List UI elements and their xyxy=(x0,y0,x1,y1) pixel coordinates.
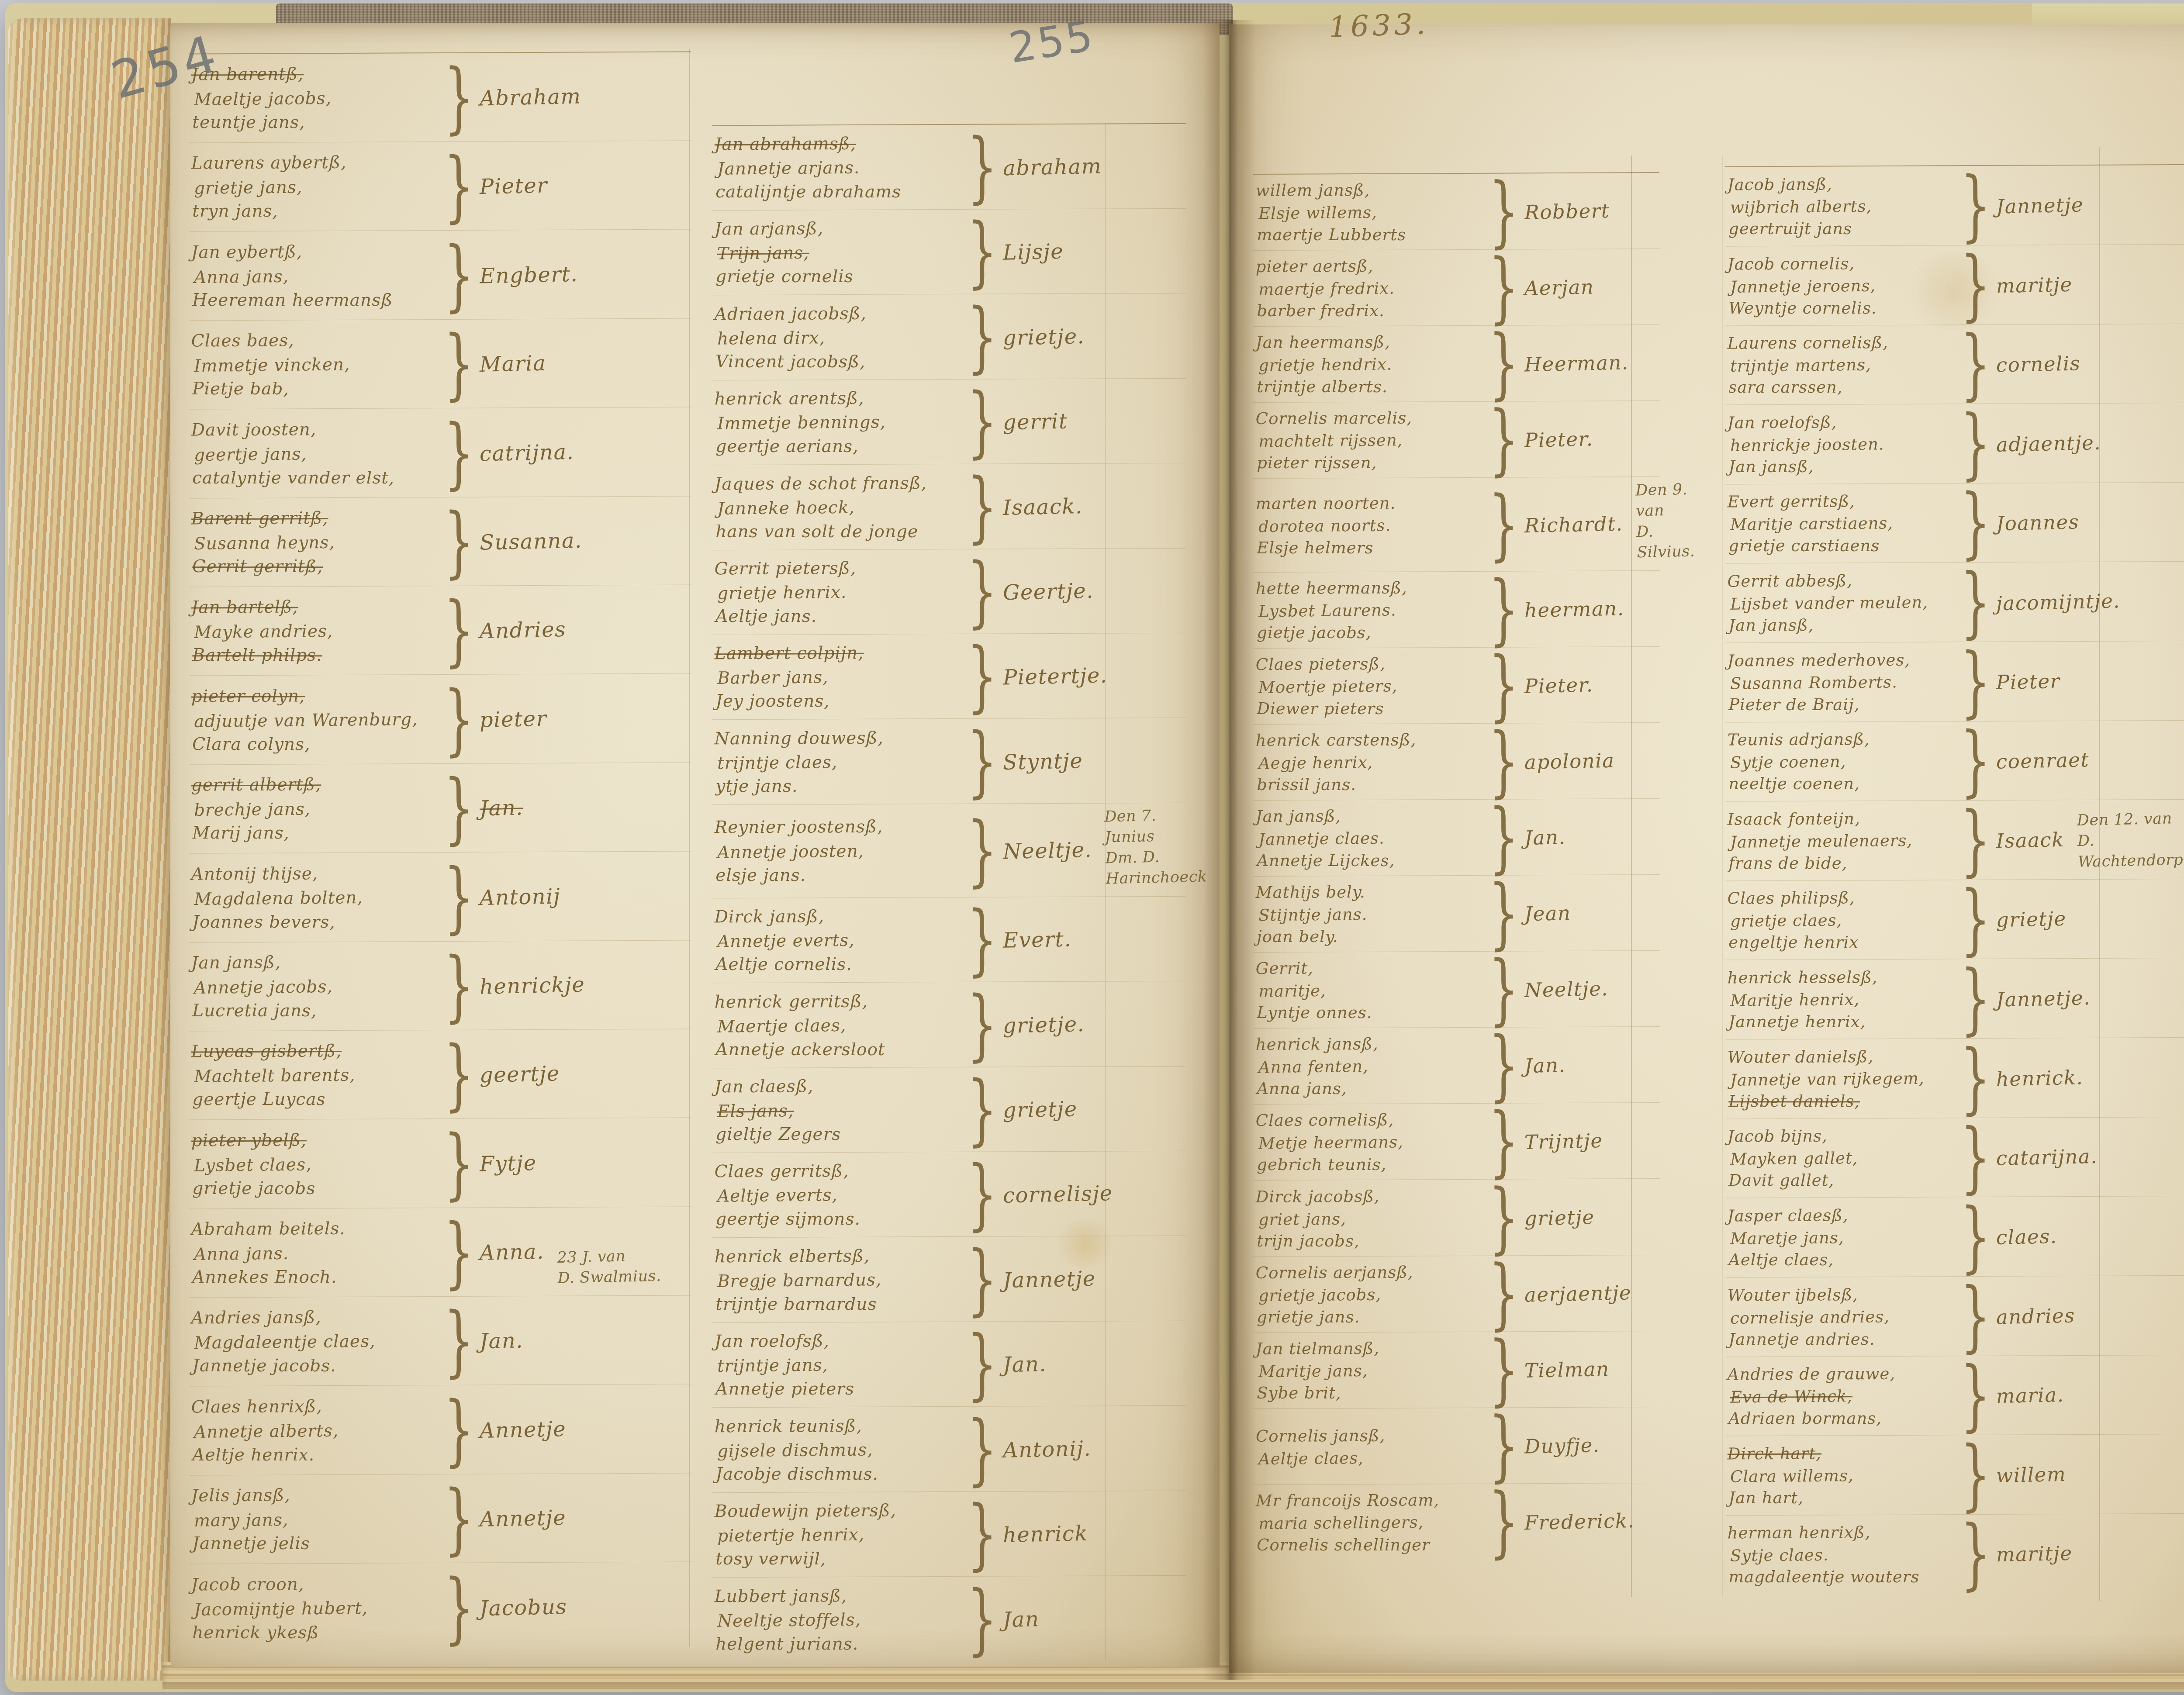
parent-or-witness-name: Sytje claes. xyxy=(1730,1543,1957,1567)
register-entry: Nanning douwesß,trijntje claes,ytje jans… xyxy=(712,718,1186,805)
brace-glyph: } xyxy=(1960,726,1990,796)
brace-glyph: } xyxy=(1960,964,1990,1034)
parent-or-witness-name: Jan heermansß, xyxy=(1256,331,1483,354)
child-name: Jannetje xyxy=(1996,193,2084,218)
child-name: Joannes xyxy=(1996,511,2080,535)
parent-or-witness-name: tosy verwijl, xyxy=(715,1547,962,1571)
register-entry: Andries de grauwe,Eva de Winck,Adriaen b… xyxy=(1725,1355,2184,1436)
parents-and-witnesses: Wouter ijbelsß,cornelisje andries,Jannet… xyxy=(1728,1283,1955,1351)
brace-glyph: } xyxy=(967,302,997,372)
child-name: Heerman. xyxy=(1524,351,1629,376)
child-name: Lijsje xyxy=(1003,239,1064,265)
child-name: Antonij xyxy=(480,884,561,910)
register-entry: Jan claesß,Els jans,gieltje Zegers}griet… xyxy=(712,1067,1186,1153)
brace-glyph: } xyxy=(1489,1259,1519,1329)
parent-or-witness-name: Maeltje jacobs, xyxy=(194,85,441,112)
parent-or-witness-name: Elsje helmers xyxy=(1257,536,1484,559)
parents-and-witnesses: Luycas gisbertß,Machtelt barents,geertje… xyxy=(191,1039,439,1112)
parent-or-witness-name: Claes pietersß, xyxy=(1256,652,1483,675)
parent-or-witness-name: henrick gerritsß, xyxy=(715,989,961,1014)
parent-or-witness-name: Jasper claesß, xyxy=(1728,1204,1955,1227)
child-name: Pieter xyxy=(1996,669,2061,694)
parent-or-witness-name: Maritje carstiaens, xyxy=(1730,511,1957,536)
parent-or-witness-name: maritje, xyxy=(1258,978,1486,1003)
parent-or-witness-name: ytje jans. xyxy=(715,774,962,798)
parent-or-witness-name: Nanning douwesß, xyxy=(715,725,961,751)
register-entry: Cornelis jansß,Aeltje claes,}Duyfje. xyxy=(1253,1407,1660,1485)
brace-glyph: } xyxy=(444,951,474,1021)
register-entry: Gerrit,maritje,Lyntje onnes.}Neeltje. xyxy=(1253,951,1660,1029)
parents-and-witnesses: Jacob cornelis,Jannetje jeroens,Weyntje … xyxy=(1728,252,1955,320)
parent-or-witness-name: Gerrit pietersß, xyxy=(715,556,961,581)
brace-glyph: } xyxy=(967,472,997,542)
parents-and-witnesses: Barent gerritß,Susanna heyns,Gerrit gerr… xyxy=(191,506,439,580)
brace-glyph: } xyxy=(967,642,997,712)
register-entry: Laurens aybertß,grietje jans,tryn jans,}… xyxy=(189,141,691,232)
child-name: grietje. xyxy=(1003,324,1085,350)
parent-or-witness-name: Magdaleentje claes, xyxy=(194,1329,441,1355)
child-name: Frederick. xyxy=(1524,1509,1635,1534)
parent-or-witness-name: Jey joostens, xyxy=(715,690,962,714)
brace-glyph: } xyxy=(967,816,997,886)
register-entry: Jasper claesß,Maretje jans,Aeltje claes,… xyxy=(1725,1196,2184,1277)
child-name: Jan. xyxy=(1524,825,1566,849)
register-entry: Andries jansß,Magdaleentje claes,Jannetj… xyxy=(189,1296,691,1387)
parent-or-witness-name: Jannetje andries. xyxy=(1728,1328,1956,1350)
parents-and-witnesses: pieter colyn,adjuutje van Warenburg,Clar… xyxy=(191,684,439,757)
register-entry: Abraham beitels.Anna jans.Annekes Enoch.… xyxy=(189,1207,691,1298)
parent-or-witness-name: henrick ykesß xyxy=(192,1621,439,1645)
child-name: abraham xyxy=(1003,154,1102,180)
brace-glyph: } xyxy=(444,685,474,755)
register-column: Jan barentß,Maeltje jacobs,teuntje jans,… xyxy=(189,52,691,1652)
child-name: maritje xyxy=(1996,273,2073,297)
child-name: Jan. xyxy=(480,1329,524,1354)
parent-or-witness-name: Dirck jacobsß, xyxy=(1256,1184,1483,1208)
parents-and-witnesses: Gerrit pietersß,grietje henrix.Aeltje ja… xyxy=(715,556,962,630)
parents-and-witnesses: Wouter danielsß,Jannetje van rijkegem,Li… xyxy=(1728,1045,1955,1113)
parents-and-witnesses: Boudewijn pietersß,pietertje henrix,tosy… xyxy=(715,1498,962,1572)
register-entry: henrick arentsß,Immetje bennings,geertje… xyxy=(712,379,1186,466)
register-entry: pieter aertsß,maertje fredrix.barber fre… xyxy=(1253,249,1660,327)
register-entry: Jan arjansß,Trijn jans,grietje cornelis}… xyxy=(712,209,1186,296)
parent-or-witness-name: Diewer pieters xyxy=(1257,697,1484,720)
parents-and-witnesses: Gerrit abbesß,Lijsbet vander meulen,Jan … xyxy=(1728,569,1955,637)
brace-glyph: } xyxy=(1489,879,1519,949)
register-entry: henrick jansß,Anna fenten,Anna jans,}Jan… xyxy=(1253,1027,1660,1105)
parents-and-witnesses: Jaques de schot fransß,Janneke hoeck,han… xyxy=(715,471,962,545)
parent-or-witness-name: Annetje Lijckes, xyxy=(1257,849,1484,872)
register-column: Jan abrahamsß,Jannetje arjans.catalijntj… xyxy=(712,124,1186,1661)
parents-and-witnesses: Nanning douwesß,trijntje claes,ytje jans… xyxy=(715,725,962,799)
photograph-of-register: Jan barentß,Maeltje jacobs,teuntje jans,… xyxy=(0,0,2184,1695)
brace-glyph: } xyxy=(1960,1123,1990,1193)
register-entry: Claes cornelisß,Metje heermans,gebrich t… xyxy=(1253,1103,1660,1181)
parent-or-witness-name: grietje jans, xyxy=(194,174,441,200)
child-name: Robbert xyxy=(1524,199,1610,224)
child-name: Neeltje. xyxy=(1003,838,1092,864)
child-name: Susanna. xyxy=(480,528,583,555)
parent-or-witness-name: Cornelis schellinger xyxy=(1257,1534,1484,1556)
child-name: grietje xyxy=(1524,1205,1595,1230)
register-entry: marten noorten.dorotea noorts.Elsje helm… xyxy=(1253,477,1660,572)
parent-or-witness-name: trijn jacobs, xyxy=(1257,1229,1484,1252)
brace-glyph: } xyxy=(967,557,997,627)
parent-or-witness-name: Claes henrixß, xyxy=(191,1394,438,1419)
register-entry: Lambert colpijn,Barber jans,Jey joostens… xyxy=(712,633,1186,720)
parent-or-witness-name: Andries jansß, xyxy=(191,1305,438,1331)
parent-or-witness-name: henrick hesselsß, xyxy=(1728,966,1955,989)
parent-or-witness-name: Lysbet Laurens. xyxy=(1258,598,1486,622)
brace-glyph: } xyxy=(1960,1043,1990,1113)
brace-glyph: } xyxy=(967,990,997,1060)
parents-and-witnesses: willem jansß,Elsje willems,maertje Lubbe… xyxy=(1256,179,1483,246)
margin-date-note: Den 7. Junius Dm. D. Harinchoeck xyxy=(1104,805,1207,896)
parent-or-witness-name: catalijntje abrahams xyxy=(715,180,962,204)
parent-or-witness-name: cornelisje andries, xyxy=(1730,1305,1957,1329)
brace-glyph: } xyxy=(1960,647,1990,717)
parent-or-witness-name: Aeltje claes, xyxy=(1258,1446,1486,1470)
parent-or-witness-name: Maritje jans, xyxy=(1258,1358,1486,1383)
parent-or-witness-name: Luycas gisbertß, xyxy=(191,1039,438,1064)
parents-and-witnesses: gerrit albertß,brechje jans,Marij jans, xyxy=(191,772,439,846)
parent-or-witness-name: tryn jans, xyxy=(192,200,439,224)
parent-or-witness-name: Maretje jans, xyxy=(1730,1226,1957,1250)
register-entry: henrick gerritsß,Maertje claes,Annetje a… xyxy=(712,981,1186,1068)
parent-or-witness-name: geertje Luycas xyxy=(192,1087,439,1112)
brace-glyph: } xyxy=(1960,409,1990,479)
parent-or-witness-name: pieter rijssen, xyxy=(1257,452,1484,474)
parents-and-witnesses: henrick jansß,Anna fenten,Anna jans, xyxy=(1256,1032,1483,1100)
brace-glyph: } xyxy=(967,1160,997,1230)
brace-glyph: } xyxy=(1960,1440,1990,1510)
parent-or-witness-name: Anna fenten, xyxy=(1258,1054,1486,1079)
brace-glyph: } xyxy=(1489,1031,1519,1101)
parent-or-witness-name: henrickje joosten. xyxy=(1730,432,1957,456)
parents-and-witnesses: Andries de grauwe,Eva de Winck,Adriaen b… xyxy=(1728,1362,1955,1430)
parent-or-witness-name: Wouter ijbelsß, xyxy=(1728,1283,1955,1306)
year-heading: 1633. xyxy=(1328,7,1430,44)
child-name: grietje xyxy=(1003,1097,1078,1123)
register-entry: Jan abrahamsß,Jannetje arjans.catalijntj… xyxy=(712,123,1186,211)
brace-glyph: } xyxy=(967,1500,997,1570)
parents-and-witnesses: Jan bartelß,Mayke andries,Bartelt philps… xyxy=(191,594,439,668)
brace-glyph: } xyxy=(1960,330,1990,400)
parent-or-witness-name: Isaack fonteijn, xyxy=(1728,807,1955,830)
left-page-edges xyxy=(8,18,171,1681)
child-name: Anna. xyxy=(480,1239,545,1265)
register-entry: Teunis adrjansß,Sytje coenen,neeltje coe… xyxy=(1725,720,2184,802)
brace-glyph: } xyxy=(1489,490,1519,560)
parents-and-witnesses: Cornelis jansß,Aeltje claes, xyxy=(1256,1424,1483,1469)
parent-or-witness-name: Jan claesß, xyxy=(715,1074,961,1099)
brace-glyph: } xyxy=(1960,1361,1990,1431)
child-name: Jan xyxy=(1003,1607,1040,1632)
register-entry: Jan eybertß,Anna jans,Heereman heermansß… xyxy=(189,230,691,321)
register-entry: Gerrit pietersß,grietje henrix.Aeltje ja… xyxy=(712,549,1186,635)
register-column: willem jansß,Elsje willems,maertje Lubbe… xyxy=(1253,173,1659,1560)
register-entry: Joannes mederhoves,Susanna Romberts.Piet… xyxy=(1725,641,2184,722)
parent-or-witness-name: geertruijt jans xyxy=(1728,217,1956,240)
brace-glyph: } xyxy=(1960,171,1990,241)
parent-or-witness-name: Jaques de schot fransß, xyxy=(715,471,961,496)
brace-glyph: } xyxy=(444,1573,474,1643)
parent-or-witness-name: gieltje Zegers xyxy=(715,1123,962,1147)
parent-or-witness-name: Annekes Enoch. xyxy=(192,1265,439,1289)
parents-and-witnesses: Jan jansß,Annetje jacobs,Lucretia jans, xyxy=(191,950,439,1024)
register-entry: henrick elbertsß,Bregje barnardus,trijnt… xyxy=(712,1236,1186,1323)
brace-glyph: } xyxy=(1960,250,1990,320)
parents-and-witnesses: Jan eybertß,Anna jans,Heereman heermansß xyxy=(191,239,439,313)
register-entry: willem jansß,Elsje willems,maertje Lubbe… xyxy=(1253,172,1660,251)
register-entry: Claes baes,Immetje vincken,Pietje bab,}M… xyxy=(189,319,691,410)
parent-or-witness-name: Anna jans. xyxy=(194,1240,441,1267)
parent-or-witness-name: frans de bide, xyxy=(1728,852,1956,874)
brace-glyph: } xyxy=(444,152,474,222)
child-name: henrick xyxy=(1003,1521,1089,1547)
parent-or-witness-name: Bartelt philps. xyxy=(192,643,439,667)
parent-or-witness-name: Sybe brit, xyxy=(1257,1382,1484,1404)
parent-or-witness-name: Annetje ackersloot xyxy=(715,1038,962,1062)
parent-or-witness-name: Jan abrahamsß, xyxy=(715,131,961,157)
parent-or-witness-name: Els jans, xyxy=(717,1097,964,1124)
register-entry: Reynier joostensß,Annetje joosten,elsje … xyxy=(712,803,1186,899)
parent-or-witness-name: Lubbert jansß, xyxy=(715,1583,961,1609)
parent-or-witness-name: trijntje martens, xyxy=(1730,353,1957,377)
parents-and-witnesses: Cornelis marcelis,machtelt rijssen,piete… xyxy=(1256,407,1483,474)
brace-glyph: } xyxy=(444,596,474,666)
parent-or-witness-name: Davit gallet, xyxy=(1728,1170,1956,1192)
child-name: maritje xyxy=(1996,1542,2073,1567)
parent-or-witness-name: pieter aertsß, xyxy=(1256,255,1483,278)
parent-or-witness-name: Cornelis aerjansß, xyxy=(1256,1260,1483,1284)
right-page: willem jansß,Elsje willems,maertje Lubbe… xyxy=(1229,24,2184,1673)
parents-and-witnesses: Joannes mederhoves,Susanna Romberts.Piet… xyxy=(1728,649,1955,716)
parent-or-witness-name: grietje carstiaens xyxy=(1728,535,1956,557)
register-entry: Jacob croon,Jacomijntje hubert,henrick y… xyxy=(189,1562,691,1653)
register-entry: herman henrixß,Sytje claes.magdaleentje … xyxy=(1725,1513,2184,1595)
brace-glyph: } xyxy=(1489,329,1519,399)
parent-or-witness-name: grietje jacobs xyxy=(192,1177,439,1201)
register-entry: Dirck hart,Clara willems,Jan hart,}wille… xyxy=(1725,1434,2184,1515)
parent-or-witness-name: magdaleentje wouters xyxy=(1728,1566,1956,1588)
child-name: Duyfje. xyxy=(1524,1433,1600,1458)
register-entry: Jan jansß,Annetje jacobs,Lucretia jans,}… xyxy=(189,940,691,1031)
parent-or-witness-name: adjuutje van Warenburg, xyxy=(194,707,441,734)
register-entry: Barent gerritß,Susanna heyns,Gerrit gerr… xyxy=(189,496,691,587)
parent-or-witness-name: Susanna Romberts. xyxy=(1730,670,1957,694)
brace-glyph: } xyxy=(1960,1202,1990,1272)
child-name: cornelis xyxy=(1996,352,2081,376)
parent-or-witness-name: Moertje pieters, xyxy=(1258,674,1486,698)
register-entry: Jan roelofsß,trijntje jans,Annetje piete… xyxy=(712,1321,1186,1408)
parent-or-witness-name: Jacob bijns, xyxy=(1728,1124,1955,1147)
parent-or-witness-name: Jannetje meulenaers, xyxy=(1730,829,1957,853)
brace-glyph: } xyxy=(1489,1411,1519,1481)
parent-or-witness-name: Jelis jansß, xyxy=(191,1483,438,1508)
brace-glyph: } xyxy=(444,1129,474,1199)
child-name: Jan. xyxy=(1524,1053,1566,1077)
child-name: Tielman xyxy=(1524,1357,1610,1382)
parents-and-witnesses: marten noorten.dorotea noorts.Elsje helm… xyxy=(1256,491,1483,559)
parent-or-witness-name: grietje jacobs, xyxy=(1258,1282,1486,1307)
parent-or-witness-name: grietje henrix. xyxy=(717,579,964,606)
register-entry: Luycas gisbertß,Machtelt barents,geertje… xyxy=(189,1029,691,1120)
parent-or-witness-name: Vincent jacobsß, xyxy=(715,350,962,374)
child-name: maria. xyxy=(1996,1383,2065,1408)
brace-glyph: } xyxy=(444,1484,474,1554)
parent-or-witness-name: Annetje alberts, xyxy=(194,1418,441,1444)
parent-or-witness-name: Jannetje jelis xyxy=(192,1532,439,1556)
register-entry: Jan heermansß,grietje hendrix.trijntje a… xyxy=(1253,325,1660,403)
parents-and-witnesses: Jan abrahamsß,Jannetje arjans.catalijntj… xyxy=(715,131,962,205)
parent-or-witness-name: Dirck jansß, xyxy=(715,904,961,929)
parent-or-witness-name: Gerrit gerritß, xyxy=(192,555,439,579)
register-entry: Wouter danielsß,Jannetje van rijkegem,Li… xyxy=(1725,1037,2184,1119)
parent-or-witness-name: Jan bartelß, xyxy=(191,594,438,620)
register-entry: Mathijs bely.Stijntje jans.joan bely.}Je… xyxy=(1253,875,1660,953)
parent-or-witness-name: Andries de grauwe, xyxy=(1728,1362,1955,1385)
parent-or-witness-name: gietje jacobs, xyxy=(1257,621,1484,643)
parent-or-witness-name: Jan jansß, xyxy=(191,950,438,975)
register-entry: Gerrit abbesß,Lijsbet vander meulen,Jan … xyxy=(1725,562,2184,643)
parent-or-witness-name: Aeltje everts, xyxy=(717,1182,964,1209)
register-entry: hette heermansß,Lysbet Laurens.gietje ja… xyxy=(1253,570,1660,648)
brace-glyph: } xyxy=(444,329,474,399)
child-name: claes. xyxy=(1996,1225,2058,1249)
child-name: Fytje xyxy=(480,1151,537,1177)
register-entry: henrick teunisß,gijsele dischmus,Jacobje… xyxy=(712,1406,1186,1493)
parents-and-witnesses: Lubbert jansß,Neeltje stoffels,helgent j… xyxy=(715,1583,962,1657)
parent-or-witness-name: Laurens cornelisß, xyxy=(1728,331,1955,354)
child-name: Richardt. xyxy=(1524,512,1624,537)
parent-or-witness-name: Anna jans, xyxy=(194,263,441,290)
child-name: Annetje xyxy=(480,1505,567,1532)
parent-or-witness-name: Aeltje henrix. xyxy=(192,1443,439,1467)
parent-or-witness-name: Heereman heermansß xyxy=(192,288,439,312)
parents-and-witnesses: Laurens aybertß,grietje jans,tryn jans, xyxy=(191,151,439,224)
register-entry: Lubbert jansß,Neeltje stoffels,helgent j… xyxy=(712,1576,1186,1662)
parent-or-witness-name: Jannetje henrix, xyxy=(1728,1011,1956,1033)
parents-and-witnesses: Laurens cornelisß,trijntje martens,sara … xyxy=(1728,331,1955,399)
parent-or-witness-name: Stijntje jans. xyxy=(1258,902,1486,926)
parent-or-witness-name: Laurens aybertß, xyxy=(191,151,438,176)
parents-and-witnesses: henrick teunisß,gijsele dischmus,Jacobje… xyxy=(715,1413,962,1487)
brace-glyph: } xyxy=(1489,177,1519,247)
brace-glyph: } xyxy=(967,1585,997,1654)
child-name: Isaack. xyxy=(1003,494,1083,520)
brace-glyph: } xyxy=(1489,955,1519,1025)
parent-or-witness-name: grietje claes, xyxy=(1730,908,1957,932)
parent-or-witness-name: Weyntje cornelis. xyxy=(1728,297,1956,319)
parents-and-witnesses: Claes baes,Immetje vincken,Pietje bab, xyxy=(191,328,439,402)
parent-or-witness-name: griet jans, xyxy=(1258,1206,1486,1231)
parent-or-witness-name: gijsele dischmus, xyxy=(717,1437,964,1464)
brace-glyph: } xyxy=(1960,885,1990,955)
parent-or-witness-name: Joannes mederhoves, xyxy=(1728,649,1955,672)
parents-and-witnesses: Lambert colpijn,Barber jans,Jey joostens… xyxy=(715,641,962,715)
parent-or-witness-name: trijntje alberts. xyxy=(1257,376,1484,398)
child-name: Isaack xyxy=(1996,828,2065,852)
child-name: Abraham xyxy=(480,84,582,111)
parent-or-witness-name: Eva de Winck, xyxy=(1730,1384,1957,1408)
brace-glyph: } xyxy=(967,1415,997,1484)
parent-or-witness-name: Jannetje van rijkegem, xyxy=(1730,1067,1957,1091)
parents-and-witnesses: Jelis jansß,mary jans,Jannetje jelis xyxy=(191,1483,439,1557)
parent-or-witness-name: Clara colyns, xyxy=(192,732,439,756)
register-entry: Jacob jansß,wijbrich alberts,geertruijt … xyxy=(1725,164,2184,246)
parent-or-witness-name: henrick jansß, xyxy=(1256,1032,1483,1056)
register-entry: Jan jansß,Jannetje claes.Annetje Lijckes… xyxy=(1253,799,1660,877)
parent-or-witness-name: joan bely. xyxy=(1257,925,1484,948)
parents-and-witnesses: Dirck hart,Clara willems,Jan hart, xyxy=(1728,1442,1955,1509)
parent-or-witness-name: Reynier joostensß, xyxy=(715,815,961,840)
child-name: Pieter. xyxy=(1524,428,1594,452)
parent-or-witness-name: trijntje claes, xyxy=(717,749,964,776)
child-name: Annetje xyxy=(480,1417,567,1443)
parent-or-witness-name: Jan eybertß, xyxy=(191,239,438,265)
child-name: andries xyxy=(1996,1304,2076,1329)
parent-or-witness-name: Barber jans, xyxy=(717,664,964,691)
parent-or-witness-name: Immetje bennings, xyxy=(717,410,964,436)
register-column: Jacob jansß,wijbrich alberts,geertruijt … xyxy=(1725,165,2184,1593)
parents-and-witnesses: Andries jansß,Magdaleentje claes,Jannetj… xyxy=(191,1305,439,1379)
brace-glyph: } xyxy=(967,905,997,975)
parent-or-witness-name: Jan tielmansß, xyxy=(1256,1336,1483,1360)
parent-or-witness-name: catalyntje vander elst, xyxy=(192,466,439,490)
parent-or-witness-name: dorotea noorts. xyxy=(1258,513,1486,538)
parents-and-witnesses: henrick carstensß,Aegje henrix,brissil j… xyxy=(1256,728,1483,796)
child-name: cornelisje xyxy=(1003,1181,1113,1208)
parents-and-witnesses: Jan claesß,Els jans,gieltje Zegers xyxy=(715,1074,962,1148)
parent-or-witness-name: henrick carstensß, xyxy=(1256,728,1483,751)
parent-or-witness-name: Metje heermans, xyxy=(1258,1130,1486,1155)
parents-and-witnesses: Abraham beitels.Anna jans.Annekes Enoch. xyxy=(191,1216,439,1290)
parent-or-witness-name: Neeltje stoffels, xyxy=(717,1607,964,1633)
child-name: Andries xyxy=(480,618,567,644)
brace-glyph: } xyxy=(1489,405,1519,475)
parent-or-witness-name: willem jansß, xyxy=(1256,179,1483,202)
register-entry: henrick hesselsß,Maritje henrix,Jannetje… xyxy=(1725,958,2184,1040)
child-name: apolonia xyxy=(1524,749,1615,773)
parent-or-witness-name: Jan barentß, xyxy=(191,62,438,87)
parents-and-witnesses: Jacob bijns,Mayken gallet,Davit gallet, xyxy=(1728,1124,1955,1192)
child-name: Jan. xyxy=(1003,1352,1047,1377)
parents-and-witnesses: Claes pietersß,Moertje pieters,Diewer pi… xyxy=(1256,652,1483,720)
parents-and-witnesses: Cornelis aerjansß,grietje jacobs,grietje… xyxy=(1256,1260,1483,1328)
parent-or-witness-name: grietje hendrix. xyxy=(1258,352,1486,377)
child-name: coenraet xyxy=(1996,748,2090,773)
register-entry: pieter ybelß,Lysbet claes,grietje jacobs… xyxy=(189,1118,691,1209)
parent-or-witness-name: trijntje barnardus xyxy=(715,1292,962,1316)
parents-and-witnesses: pieter ybelß,Lysbet claes,grietje jacobs xyxy=(191,1128,439,1201)
child-name: Pieter. xyxy=(1524,673,1594,697)
parent-or-witness-name: Annetje jacobs, xyxy=(194,974,441,1000)
parent-or-witness-name: Jannetje jacobs. xyxy=(192,1354,439,1378)
brace-glyph: } xyxy=(1960,805,1990,875)
parent-or-witness-name: hette heermansß, xyxy=(1256,576,1483,599)
child-name: henrick. xyxy=(1996,1066,2084,1091)
parent-or-witness-name: henrick elbertsß, xyxy=(715,1243,961,1269)
child-name: grietje. xyxy=(1003,1011,1085,1038)
parent-or-witness-name: geertje aerians, xyxy=(715,435,962,459)
parent-or-witness-name: Mayken gallet, xyxy=(1730,1146,1957,1170)
parent-or-witness-name: sara carssen, xyxy=(1728,376,1956,398)
child-name: aerjaentje xyxy=(1524,1281,1632,1306)
child-name: catrijna. xyxy=(480,440,574,466)
register-entry: Isaack fonteijn,Jannetje meulenaers,fran… xyxy=(1725,799,2184,881)
parents-and-witnesses: Jan barentß,Maeltje jacobs,teuntje jans, xyxy=(191,62,439,135)
